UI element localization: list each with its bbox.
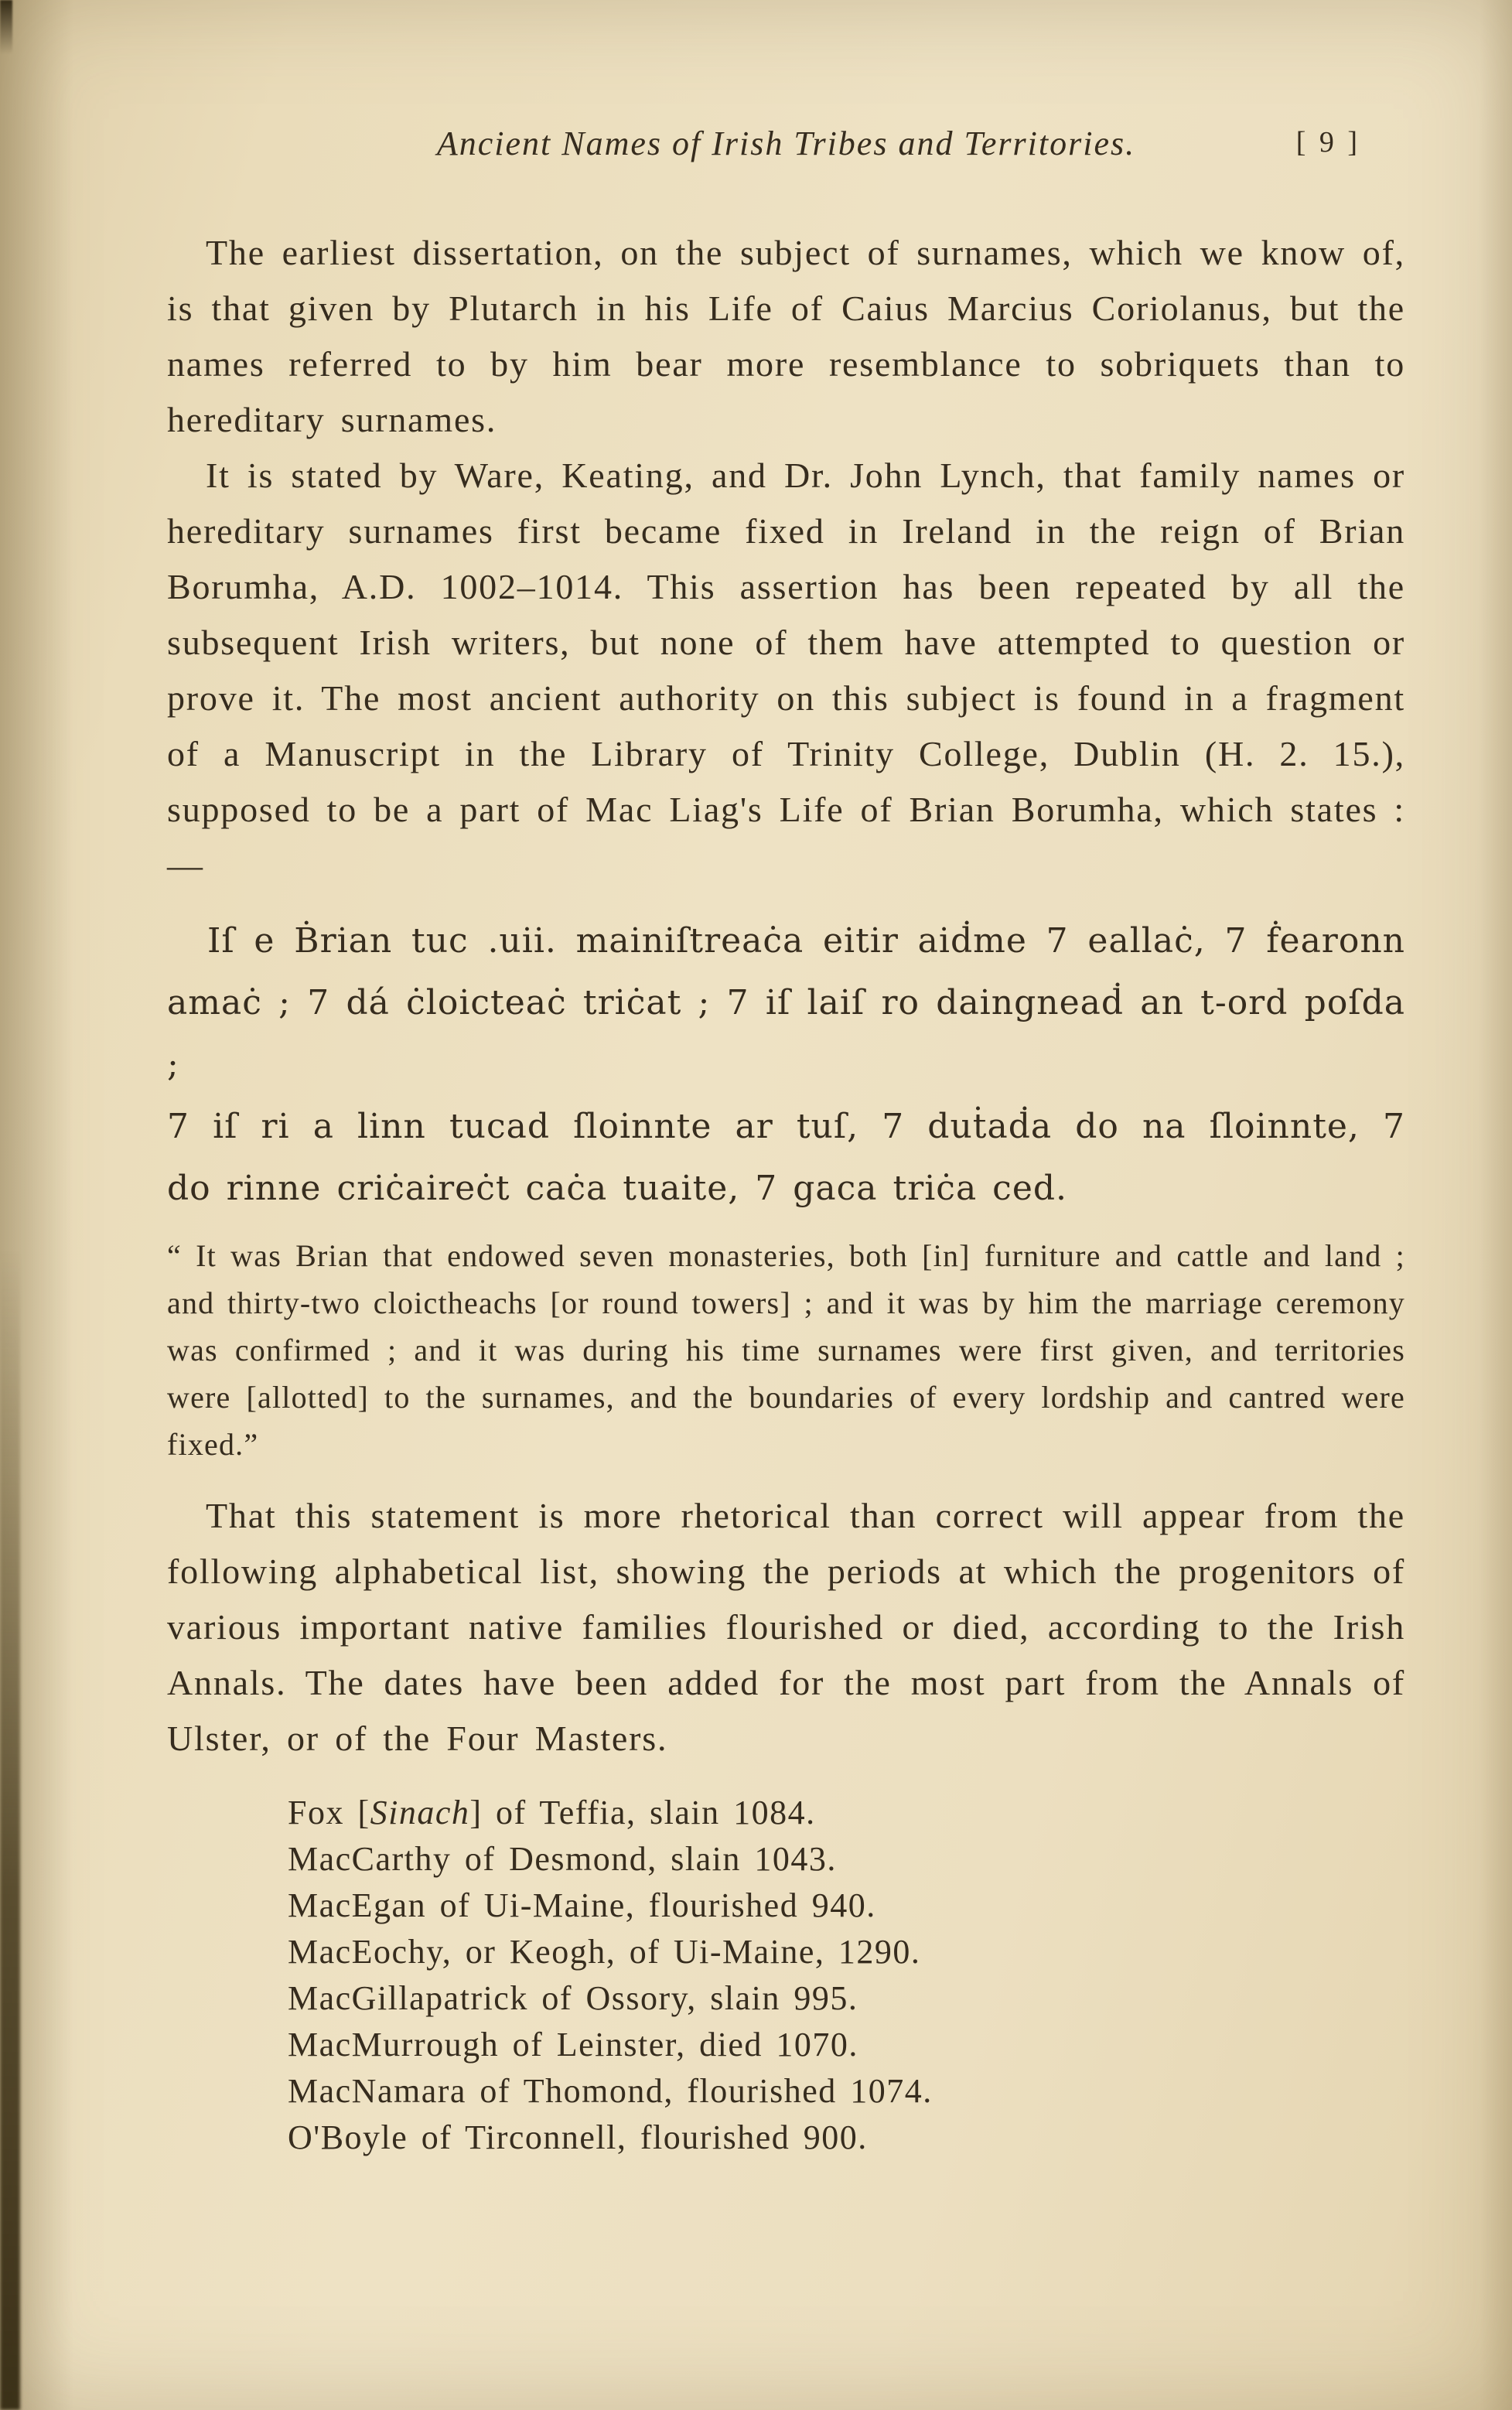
- list-item-maceochy: MacEochy, or Keogh, of Ui-Maine, 1290.: [288, 1929, 1405, 1975]
- family-list: Fox [Sinach] of Teffia, slain 1084. MacC…: [167, 1790, 1405, 2161]
- list-item-macegan: MacEgan of Ui-Maine, flourished 940.: [288, 1883, 1405, 1929]
- list-item-text: ] of Teffia, slain 1084.: [469, 1794, 815, 1831]
- book-page: Ancient Names of Irish Tribes and Territ…: [0, 0, 1512, 2410]
- page-content: Ancient Names of Irish Tribes and Territ…: [0, 0, 1512, 2161]
- list-item-macmurrough: MacMurrough of Leinster, died 1070.: [288, 2022, 1405, 2068]
- irish-text-line: 7 iſ ri a linn tucad ſloinnte ar tuſ, 7 …: [167, 1096, 1405, 1158]
- irish-manuscript-extract: Iſ e Ḃrian tuc .uii. mainiſtreaċa eitir …: [167, 910, 1405, 1220]
- list-item-italic-name: Sinach: [370, 1794, 470, 1831]
- irish-text-line: amaċ ; 7 dá ċloicteaċ triċat ; 7 iſ laiſ…: [167, 972, 1405, 1096]
- translation-quote: “ It was Brian that endowed seven monast…: [167, 1232, 1405, 1468]
- list-item-fox: Fox [Sinach] of Teffia, slain 1084.: [288, 1790, 1405, 1836]
- running-header: Ancient Names of Irish Tribes and Territ…: [167, 124, 1405, 163]
- paragraph-ware-keating: It is stated by Ware, Keating, and Dr. J…: [167, 448, 1405, 893]
- irish-text-line: Iſ e Ḃrian tuc .uii. mainiſtreaċa eitir …: [167, 910, 1405, 972]
- paragraph-plutarch: The earliest dissertation, on the subjec…: [167, 225, 1405, 448]
- irish-text-line: do rinne criċaireċt caċa tuaite, 7 gaca …: [167, 1158, 1405, 1220]
- list-item-maccarthy: MacCarthy of Desmond, slain 1043.: [288, 1836, 1405, 1883]
- list-item-oboyle: O'Boyle of Tirconnell, flourished 900.: [288, 2115, 1405, 2161]
- page-title: Ancient Names of Irish Tribes and Territ…: [437, 125, 1135, 162]
- paragraph-list-intro: That this statement is more rhetorical t…: [167, 1488, 1405, 1767]
- page-number: [ 9 ]: [1296, 125, 1360, 159]
- list-item-macgillapatrick: MacGillapatrick of Ossory, slain 995.: [288, 1975, 1405, 2022]
- list-item-text: Fox [: [288, 1794, 370, 1831]
- list-item-macnamara: MacNamara of Thomond, flourished 1074.: [288, 2068, 1405, 2115]
